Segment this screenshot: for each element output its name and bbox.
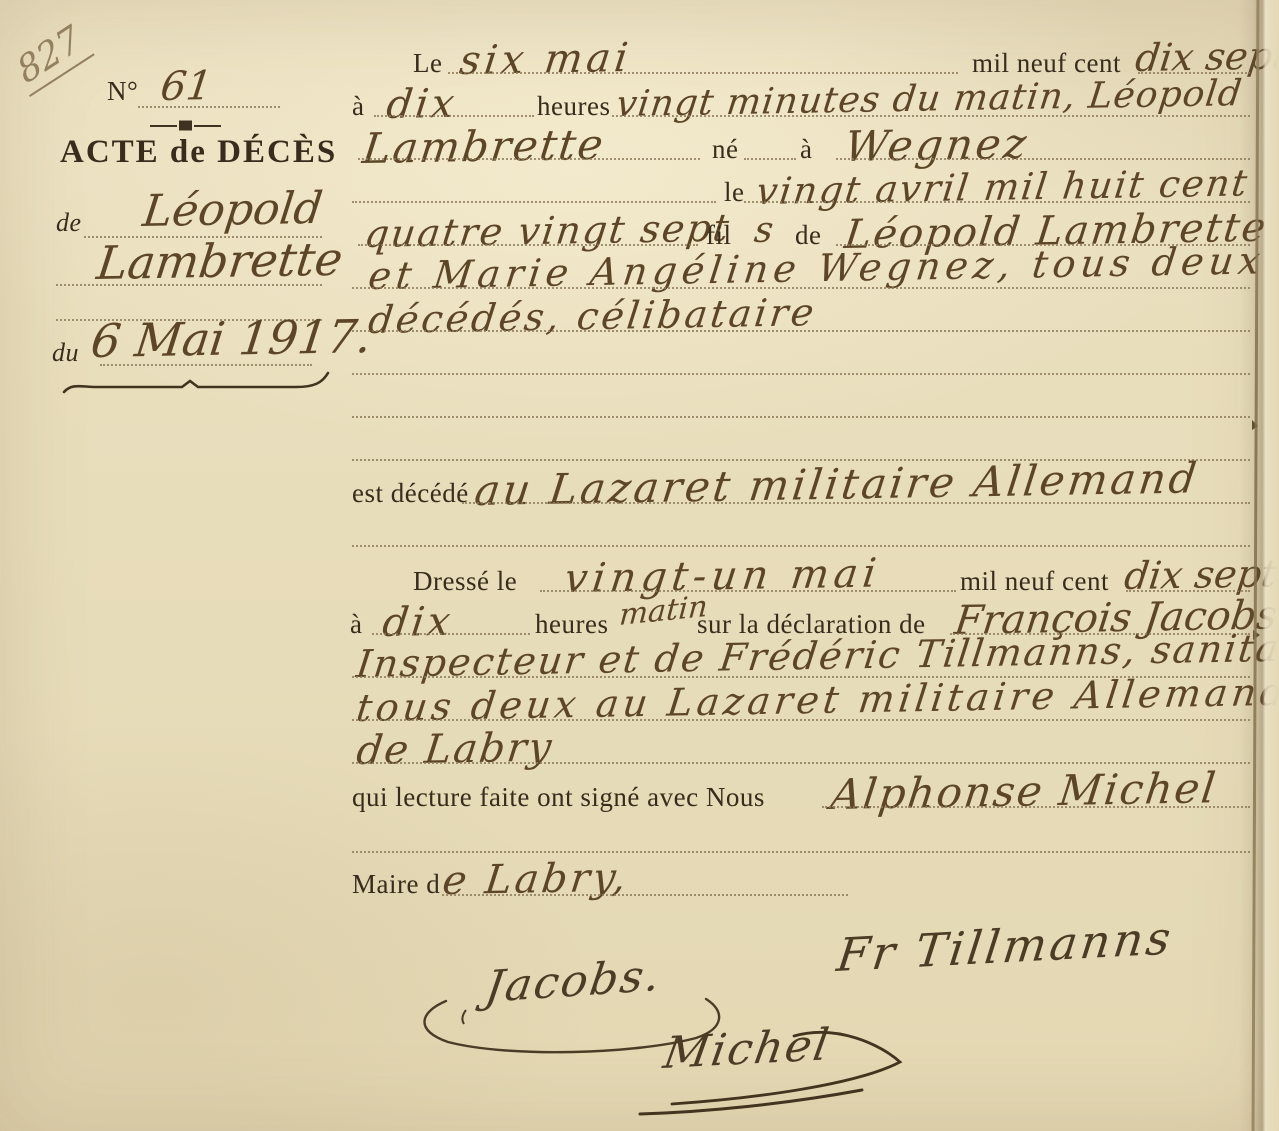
dotted-line: [540, 590, 956, 592]
printed-heures: heures: [537, 91, 610, 122]
dotted-line: [352, 545, 1250, 547]
hw-maire-place: e Labry,: [440, 855, 632, 904]
dotted-line: [836, 158, 1250, 160]
hw-de-labry: de Labry: [354, 725, 556, 774]
deceased-last-name: Lambrette: [94, 232, 346, 290]
deceased-first-name: Léopold: [140, 183, 325, 237]
dotted-line: [352, 330, 1250, 332]
printed-maire-de: Maire d: [352, 869, 440, 900]
printed-heures2: heures: [535, 609, 608, 640]
dotted-line: [56, 284, 322, 286]
dotted-line: [352, 287, 1250, 289]
date-label: du: [52, 338, 79, 368]
printed-mil-neuf-cent2: mil neuf cent: [960, 566, 1109, 597]
dotted-line: [372, 633, 530, 635]
printed-lecture: qui lecture faite ont signé avec Nous: [352, 782, 765, 813]
dotted-line: [358, 158, 700, 160]
document-title: ACTE de DÉCÈS: [60, 134, 337, 171]
printed-est-decede: est décédé: [352, 478, 469, 509]
dotted-line: [744, 158, 796, 160]
hw-fils-s: s: [752, 210, 776, 251]
hw-death-time-detail: vingt minutes du matin, Léopold: [614, 73, 1245, 125]
signature-jacobs: Jacobs.: [482, 950, 665, 1013]
dotted-line: [352, 719, 1250, 721]
hw-death-date: six mai: [457, 35, 634, 84]
dotted-line: [744, 201, 1250, 203]
printed-a2: à: [800, 134, 812, 165]
printed-dresse-le: Dressé le: [413, 566, 517, 597]
dotted-line: [352, 851, 1250, 853]
signature-tillmanns: Fr Tillmanns: [834, 911, 1177, 982]
signature-michel: Michel: [660, 1019, 834, 1079]
dotted-line: [612, 115, 1250, 117]
printed-mil-neuf-cent: mil neuf cent: [972, 48, 1121, 79]
corner-number: 827: [9, 15, 94, 97]
hw-record-date: vingt-un mai: [562, 551, 884, 602]
act-number-value: 61: [158, 63, 215, 110]
page-right-edge: [1239, 0, 1279, 1131]
dotted-line: [358, 244, 698, 246]
printed-ne: né: [712, 134, 738, 165]
printed-a3: à: [350, 609, 362, 640]
dotted-line: [1126, 590, 1250, 592]
dotted-line: [352, 201, 716, 203]
hw-record-hour: dix: [380, 599, 456, 646]
hw-death-place: au Lazaret militaire Allemand: [472, 453, 1202, 515]
dotted-line: [352, 373, 1250, 375]
dotted-line: [100, 364, 312, 366]
dotted-line: [352, 416, 1250, 418]
act-date: 6 Mai 1917.: [88, 309, 375, 368]
death-certificate-page: 827 N° 61 ACTE de DÉCÈS de Léopold Lambr…: [0, 0, 1279, 1131]
of-label: de: [56, 208, 82, 238]
divider-ornament: [150, 122, 221, 130]
printed-a: à: [352, 91, 364, 122]
dotted-line: [352, 762, 1250, 764]
dotted-line: [822, 806, 1250, 808]
printed-fils: fil: [706, 220, 732, 251]
dotted-line: [138, 106, 280, 108]
hw-deceased-surname: Lambrette: [360, 120, 608, 173]
printed-le2: le: [724, 177, 745, 208]
dotted-line: [374, 115, 534, 117]
dotted-line: [442, 894, 848, 896]
jacobs-tick: [462, 1010, 466, 1024]
hw-officer-name: Alphonse Michel: [828, 763, 1220, 819]
michel-underline: [640, 1090, 862, 1114]
margin-brace: [64, 373, 328, 392]
dotted-line: [462, 502, 1250, 504]
printed-le: Le: [413, 48, 442, 79]
hw-parents-status: décédés, célibataire: [366, 290, 819, 342]
hw-death-hour: dix: [384, 81, 460, 128]
hw-birthplace: Wegnez: [842, 119, 1032, 171]
dotted-line: [448, 72, 958, 74]
act-number-label: N°: [107, 76, 138, 107]
